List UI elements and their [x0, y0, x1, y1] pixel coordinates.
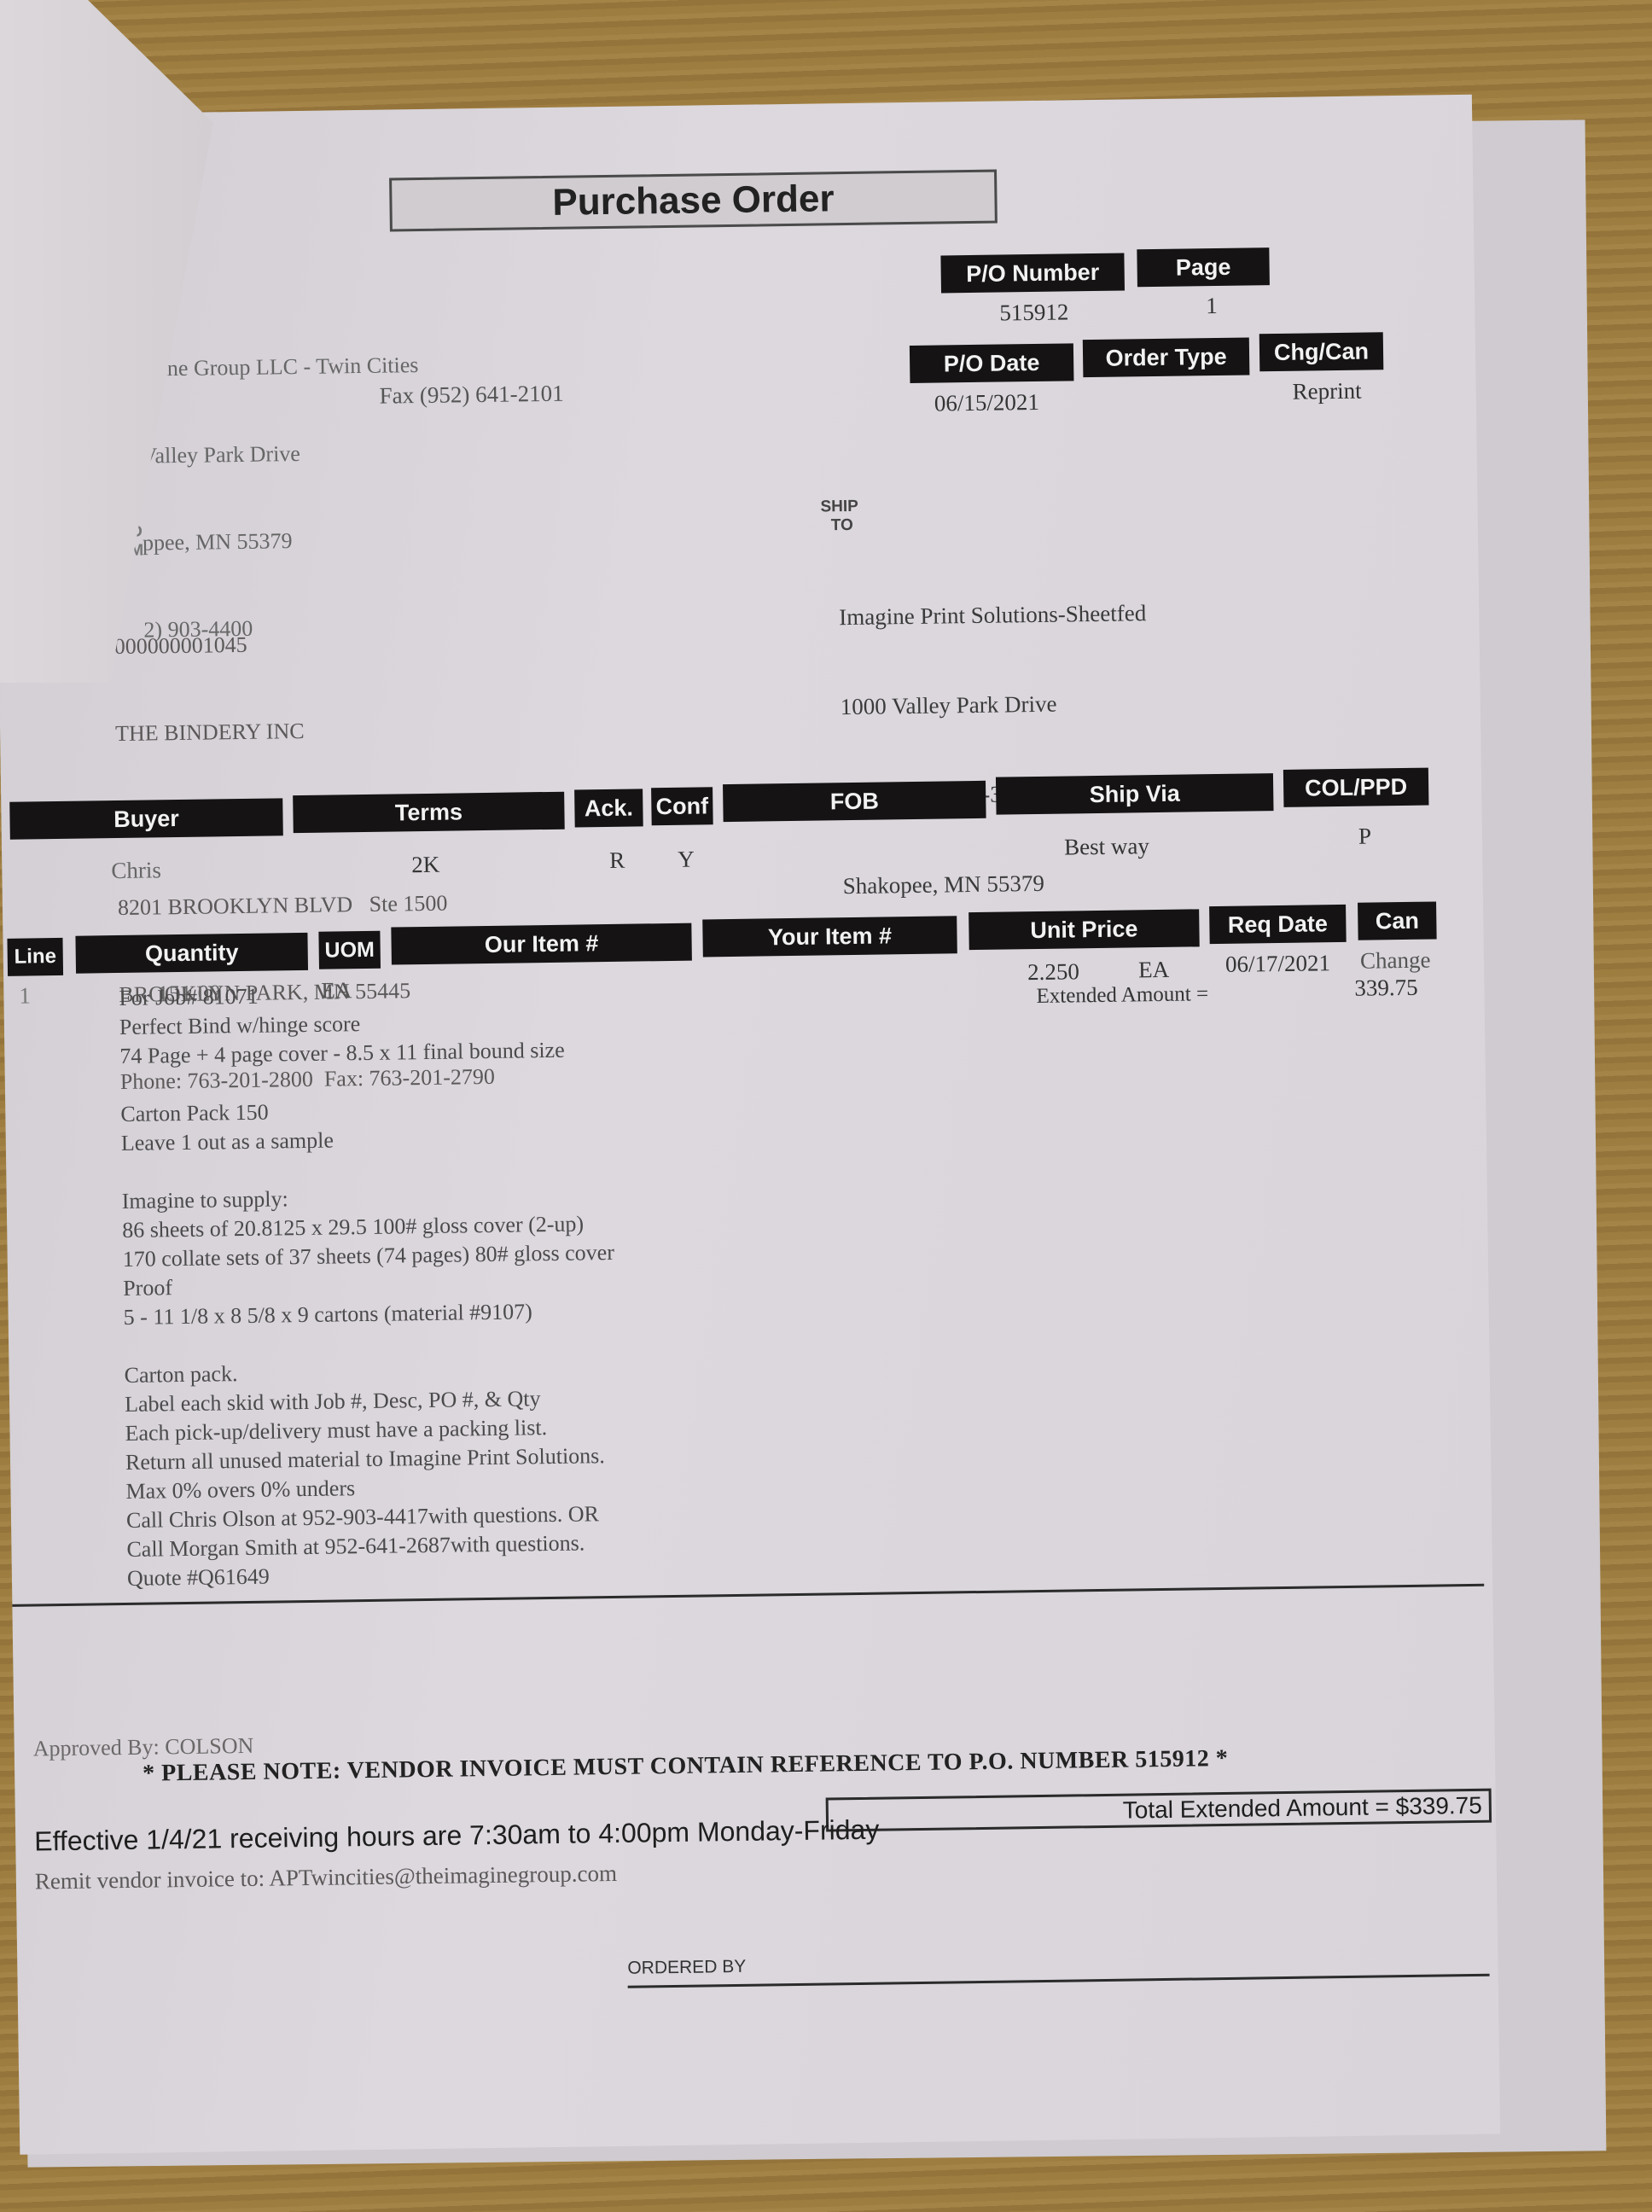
- page-header: Page: [1137, 247, 1270, 287]
- purchase-order-page: Purchase Order agine Group LLC - Twin Ci…: [0, 95, 1500, 2155]
- ship-to-street: 1000 Valley Park Drive: [841, 688, 1148, 722]
- table-row: 1 151.00 EA 2.250 EA 06/17/2021 Change E…: [0, 95, 1472, 115]
- ship-to-address: Imagine Print Solutions-Sheetfed 1000 Va…: [838, 538, 1151, 961]
- remit-invoice: Remit vendor invoice to: APTwincities@th…: [35, 1860, 617, 1895]
- page-value: 1: [1206, 293, 1218, 319]
- buyer-value: Chris: [111, 857, 161, 884]
- chg-can-value: Reprint: [1292, 378, 1361, 405]
- our-item-header: Our Item #: [391, 923, 692, 965]
- company-city: ppee, MN 55379: [143, 525, 422, 558]
- po-number-value: 515912: [999, 299, 1068, 326]
- vendor-name: THE BINDERY INC: [115, 714, 491, 748]
- req-date-value: 06/17/2021: [1225, 950, 1330, 978]
- ship-to-name: Imagine Print Solutions-Sheetfed: [839, 598, 1146, 632]
- po-number-header: P/O Number: [940, 253, 1125, 293]
- your-item-header: Your Item #: [702, 916, 957, 957]
- company-street: Valley Park Drive: [141, 438, 420, 471]
- unit-price-header: Unit Price: [969, 909, 1200, 950]
- ack-header: Ack.: [574, 789, 643, 827]
- conf-header: Conf: [651, 787, 713, 825]
- ordered-by-signature-line: [628, 1974, 1490, 1988]
- req-date-header: Req Date: [1209, 905, 1347, 944]
- extended-amount-value: 339.75: [1354, 975, 1418, 1002]
- vendor-id: 000000001045: [113, 627, 489, 661]
- company-name: agine Group LLC - Twin Cities: [140, 351, 419, 384]
- uom-header: UOM: [318, 931, 381, 969]
- can-value: Change: [1360, 947, 1431, 975]
- col-ppd-header: COL/PPD: [1283, 768, 1429, 807]
- total-extended-amount: Total Extended Amount = $339.75: [826, 1789, 1492, 1832]
- receiving-hours: Effective 1/4/21 receiving hours are 7:3…: [34, 1814, 880, 1858]
- ack-value: R: [609, 847, 625, 874]
- vendor-invoice-note: * PLEASE NOTE: VENDOR INVOICE MUST CONTA…: [143, 1745, 1229, 1788]
- line-header: Line: [7, 938, 63, 976]
- chg-can-header: Chg/Can: [1259, 332, 1384, 371]
- can-header: Can: [1358, 901, 1437, 940]
- fob-header: FOB: [723, 781, 986, 822]
- ship-via-header: Ship Via: [996, 773, 1274, 815]
- order-type-header: Order Type: [1083, 337, 1250, 377]
- buyer-header: Buyer: [9, 798, 283, 839]
- terms-header: Terms: [293, 792, 565, 833]
- extended-amount-label: Extended Amount =: [1036, 982, 1208, 1009]
- conf-value: Y: [678, 847, 695, 873]
- document-title: Purchase Order: [389, 170, 998, 232]
- price-uom-value: EA: [1138, 957, 1169, 983]
- company-fax: Fax (952) 641-2101: [379, 381, 563, 410]
- line-number: 1: [19, 982, 31, 1009]
- line-item-notes: For Job# 81071 Perfect Bind w/hinge scor…: [119, 977, 619, 1593]
- col-ppd-value: P: [1358, 824, 1371, 850]
- unit-price-value: 2.250: [1027, 958, 1079, 986]
- ship-via-value: Best way: [1064, 833, 1149, 860]
- ship-to-city: Shakopee, MN 55379: [842, 867, 1149, 901]
- po-date-header: P/O Date: [910, 343, 1074, 383]
- ordered-by-label: ORDERED BY: [627, 1957, 746, 1979]
- ship-to-label: SHIP TO: [820, 498, 858, 536]
- vendor-street: 8201 BROOKLYN BLVD Ste 1500: [118, 888, 493, 923]
- terms-value: 2K: [411, 852, 439, 878]
- approved-by: Approved By: COLSON: [33, 1733, 254, 1762]
- quantity-header: Quantity: [75, 933, 308, 974]
- po-date-value: 06/15/2021: [934, 389, 1039, 417]
